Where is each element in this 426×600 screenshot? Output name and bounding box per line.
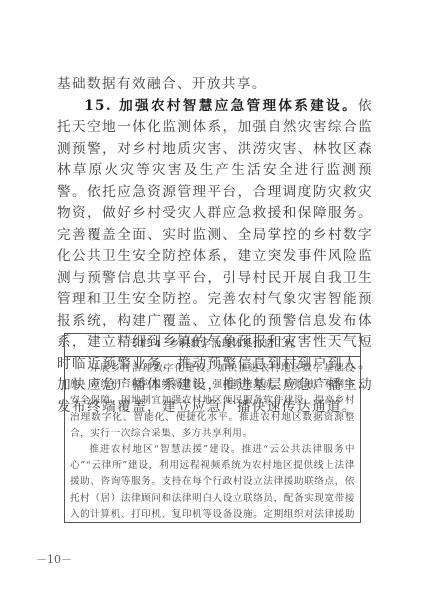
column-box-header: 专栏 4乡村数字治理体系打造工程	[65, 334, 360, 357]
column-box-paragraph: 推进农村地区“智慧法援”建设。推进“云公共法律服务中心”“云律所”建设，利用远程…	[70, 442, 355, 523]
section-15-heading: 15. 加强农村智慧应急管理体系建设。	[84, 98, 358, 114]
column-box-title: 乡村数字治理体系打造工程	[169, 339, 295, 350]
paragraph-continuation: 基础数据有效融合、开放共享。	[57, 74, 373, 96]
column-box-label: 专栏 4	[130, 339, 162, 350]
page-number: －10－	[36, 551, 72, 567]
column-box-paragraph: 开展乡村治理数字化建设。加快推进农村地区数字基础设施、系统平台和应用终端建设，强…	[70, 361, 355, 442]
column-box-body: 开展乡村治理数字化建设。加快推进农村地区数字基础设施、系统平台和应用终端建设，强…	[65, 357, 360, 523]
document-page: 基础数据有效融合、开放共享。 15. 加强农村智慧应急管理体系建设。依托天空地一…	[0, 0, 426, 600]
column-box: 专栏 4乡村数字治理体系打造工程 开展乡村治理数字化建设。加快推进农村地区数字基…	[64, 333, 361, 523]
